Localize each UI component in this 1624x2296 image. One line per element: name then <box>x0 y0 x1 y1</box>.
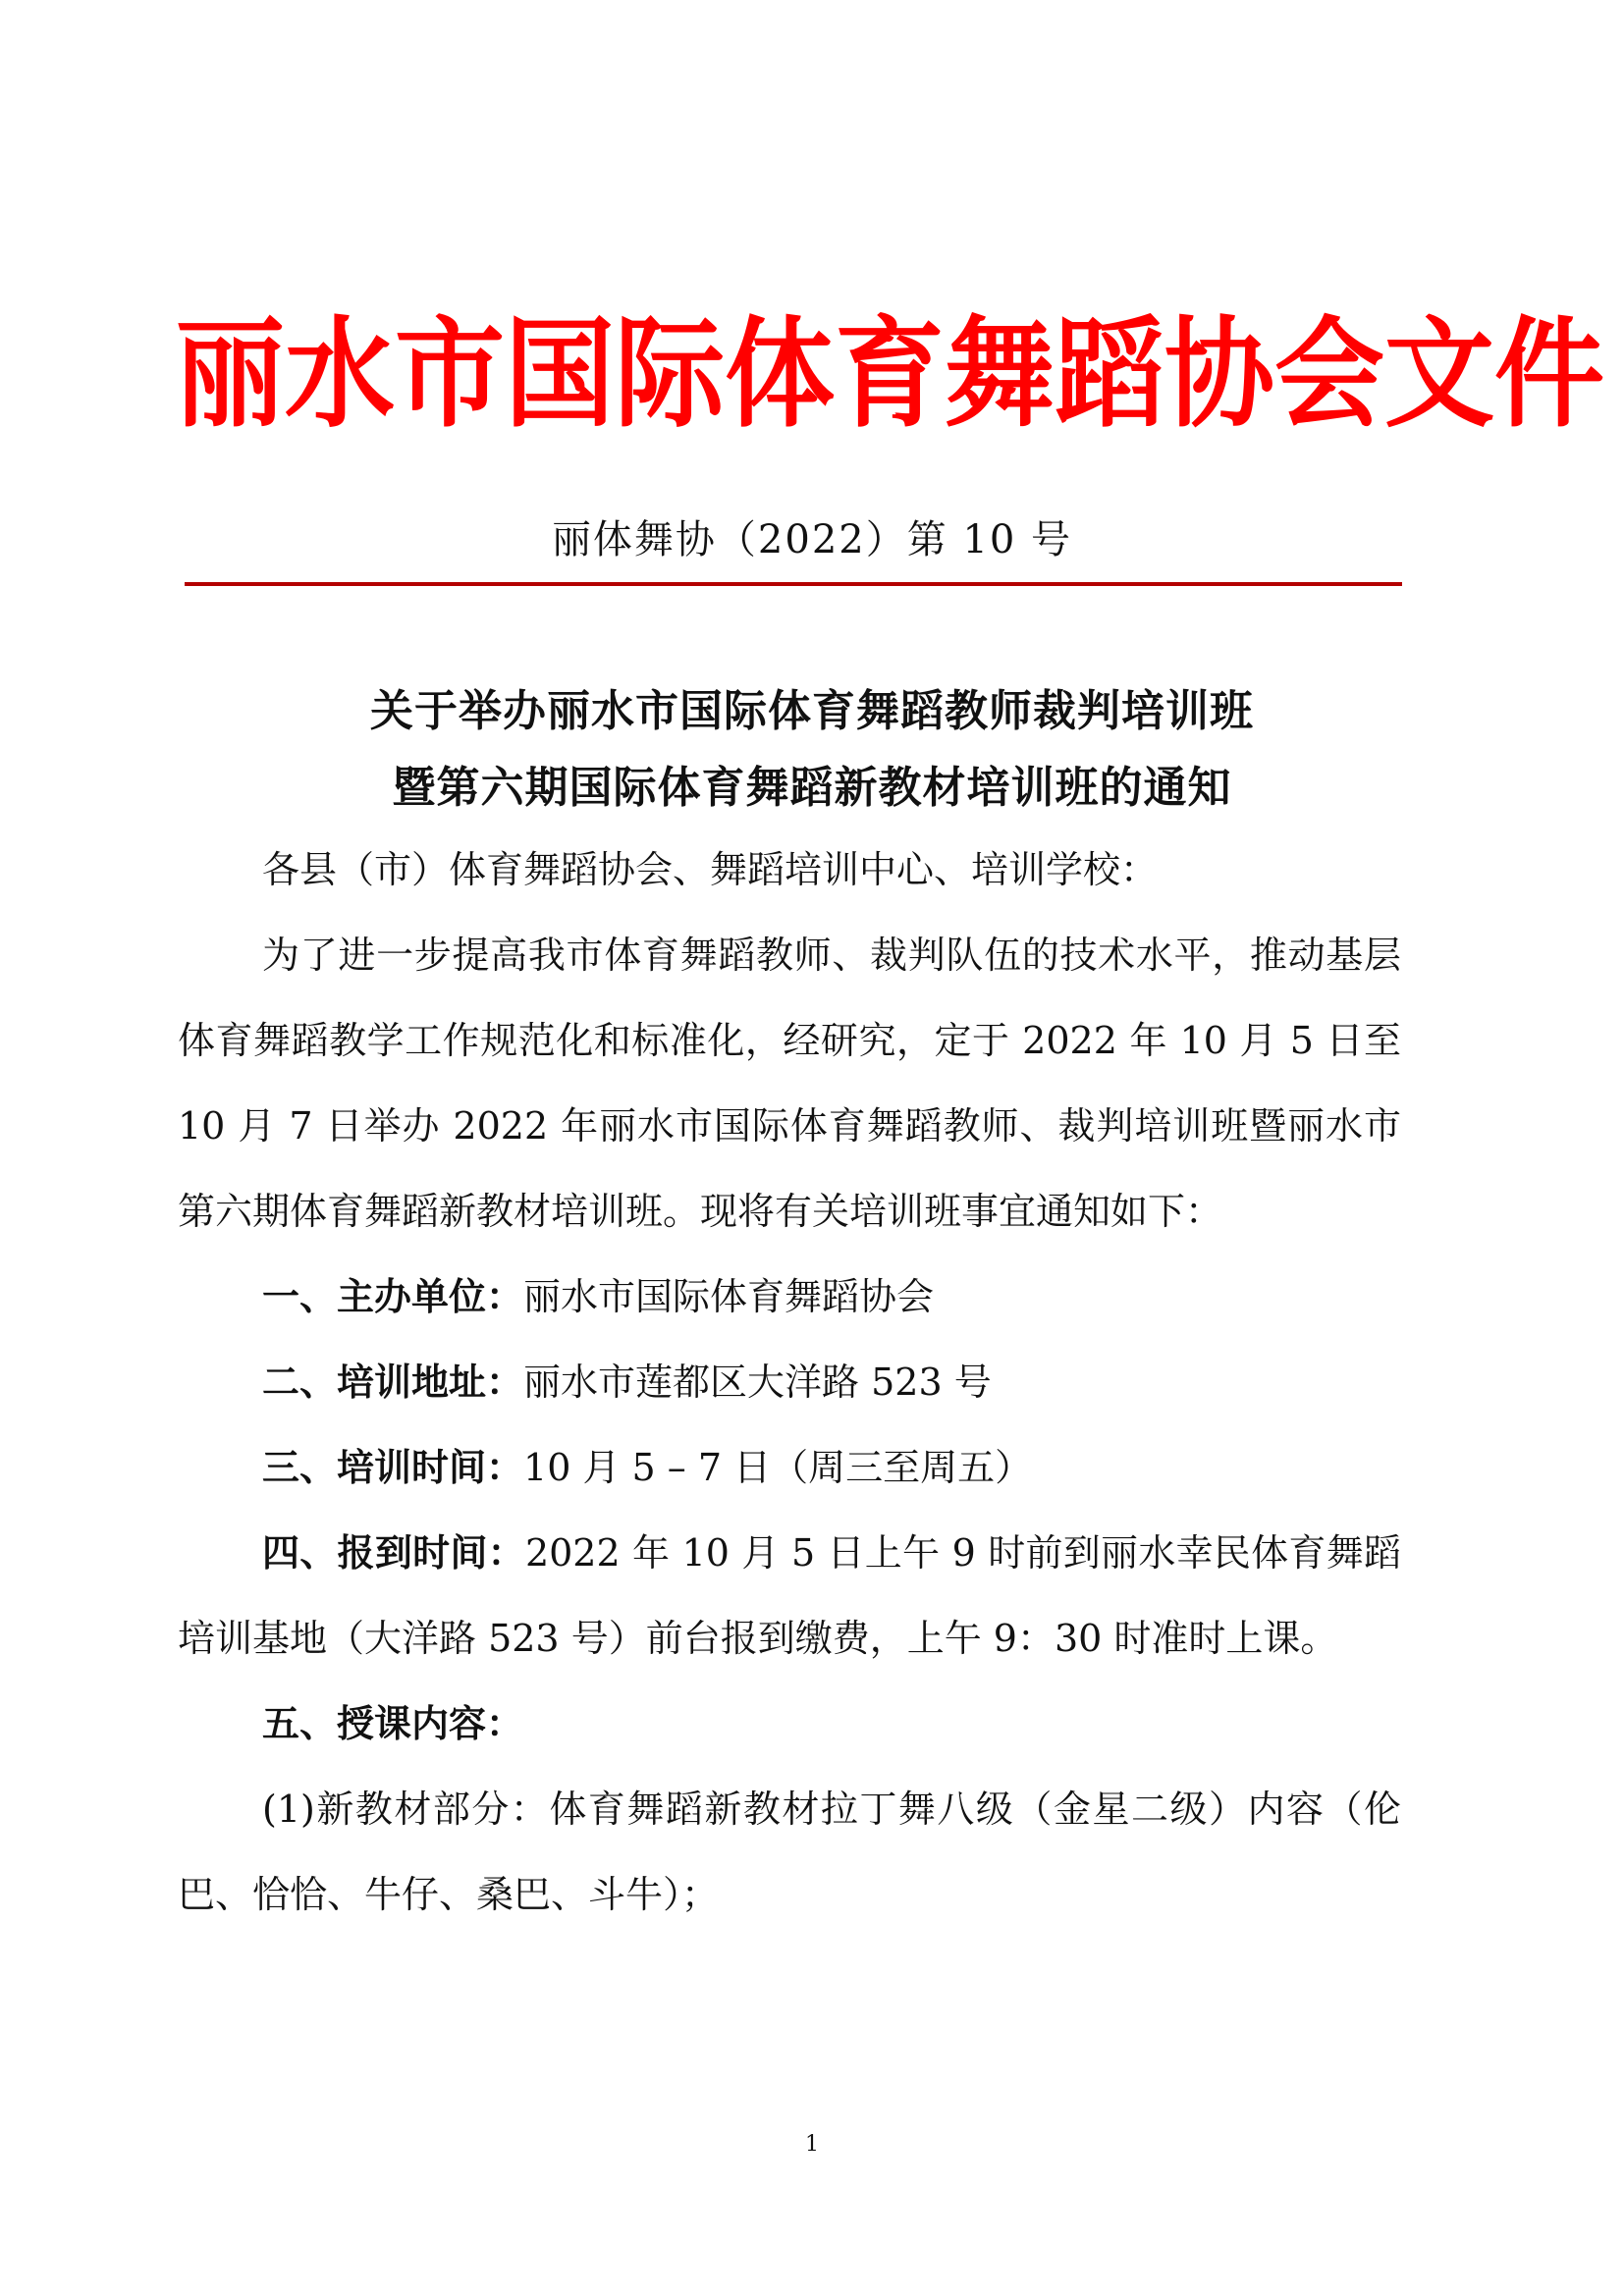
section-label: 四、报到时间： <box>262 1531 525 1575</box>
section-registration-time: 四、报到时间：2022 年 10 月 5 日上午 9 时前到丽水幸民体育舞蹈培训… <box>178 1511 1401 1682</box>
document-page: 丽水市国际体育舞蹈协会文件 丽体舞协（2022）第 10 号 关于举办丽水市国际… <box>0 0 1624 2296</box>
content-item: (1)新教材部分：体育舞蹈新教材拉丁舞八级（金星二级）内容（伦巴、恰恰、牛仔、桑… <box>178 1767 1401 1938</box>
page-number: 1 <box>0 2130 1624 2160</box>
section-label: 二、培训地址： <box>262 1361 523 1404</box>
notice-title: 关于举办丽水市国际体育舞蹈教师裁判培训班 暨第六期国际体育舞蹈新教材培训班的通知 <box>0 673 1624 827</box>
section-organizer: 一、主办单位：丽水市国际体育舞蹈协会 <box>178 1255 1401 1340</box>
section-course-content: 五、授课内容： <box>178 1682 1401 1767</box>
salutation: 各县（市）体育舞蹈协会、舞蹈培训中心、培训学校： <box>178 828 1401 913</box>
section-training-time: 三、培训时间：10 月 5 – 7 日（周三至周五） <box>178 1425 1401 1511</box>
section-text: 丽水市国际体育舞蹈协会 <box>523 1275 934 1318</box>
notice-title-line-1: 关于举办丽水市国际体育舞蹈教师裁判培训班 <box>0 673 1624 750</box>
section-label: 三、培训时间： <box>262 1446 523 1489</box>
notice-title-line-2: 暨第六期国际体育舞蹈新教材培训班的通知 <box>0 750 1624 827</box>
section-label: 五、授课内容： <box>262 1702 523 1745</box>
section-text: 丽水市莲都区大洋路 523 号 <box>523 1361 992 1404</box>
red-divider-line <box>185 582 1402 586</box>
intro-paragraph: 为了进一步提高我市体育舞蹈教师、裁判队伍的技术水平，推动基层体育舞蹈教学工作规范… <box>178 913 1401 1255</box>
organization-header-title: 丽水市国际体育舞蹈协会文件 <box>175 306 1392 444</box>
section-address: 二、培训地址：丽水市莲都区大洋路 523 号 <box>178 1340 1401 1425</box>
document-number: 丽体舞协（2022）第 10 号 <box>0 512 1624 567</box>
document-body: 各县（市）体育舞蹈协会、舞蹈培训中心、培训学校： 为了进一步提高我市体育舞蹈教师… <box>178 828 1401 1938</box>
section-label: 一、主办单位： <box>262 1275 523 1318</box>
section-text: 10 月 5 – 7 日（周三至周五） <box>523 1446 1032 1489</box>
